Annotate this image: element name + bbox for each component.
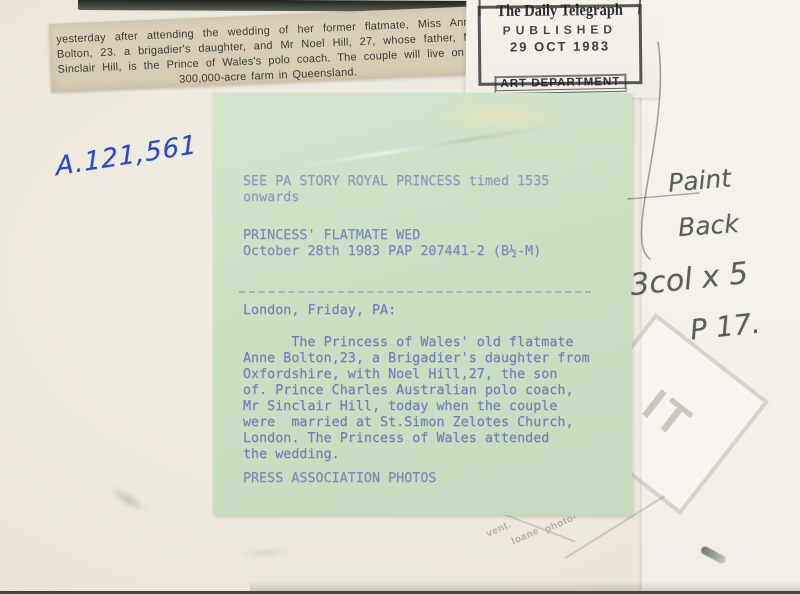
caption-dateline: London, Friday, PA: (243, 303, 396, 319)
stamp-masthead: The Daily Telegraph (481, 1, 639, 22)
stamp-date: 29 OCT 1983 (481, 38, 639, 55)
paper-crease (302, 125, 549, 167)
stamp-department: ART DEPARTMENT (494, 74, 626, 95)
caption-slug: PRINCESS' FLATMATE WED October 28th 1983… (243, 228, 541, 260)
caption-sheet: SEE PA STORY ROYAL PRINCESS timed 1535 o… (213, 93, 632, 515)
stamp-published-label: PUBLISHED (481, 22, 639, 38)
telegraph-stamp: The Daily Telegraph PUBLISHED 29 OCT 198… (478, 4, 643, 86)
caption-header: SEE PA STORY ROYAL PRINCESS timed 1535 o… (243, 174, 549, 206)
photo-scan: IT a photo- loane vent. yesterday after … (0, 0, 800, 594)
scan-shadow-bottom (250, 581, 800, 591)
caption-credit: PRESS ASSOCIATION PHOTOS (243, 471, 436, 487)
ghost-stamp-letters: IT (633, 378, 703, 449)
caption-body: The Princess of Wales' old flatmate Anne… (243, 335, 590, 463)
pencil-note-back: Back (677, 209, 740, 242)
typed-divider (239, 291, 591, 293)
stamp-slip: The Daily Telegraph PUBLISHED 29 OCT 198… (466, 0, 663, 98)
pencil-note-paint: Paint (667, 163, 732, 197)
